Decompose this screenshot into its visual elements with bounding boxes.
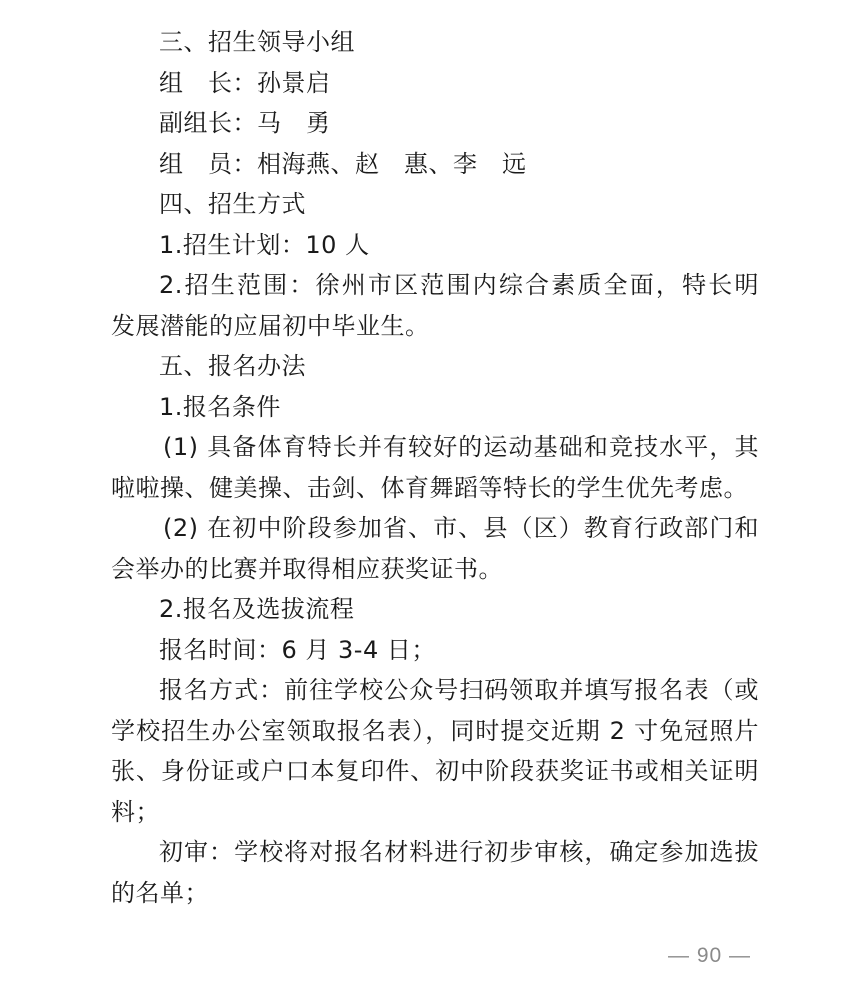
section-heading-enrollment-method: 四、招生方式 bbox=[111, 184, 759, 225]
page-number: — 90 — bbox=[668, 944, 751, 968]
document-page: 三、招生领导小组 组 长：孙景启 副组长：马 勇 组 员：相海燕、赵 惠、李 远… bbox=[111, 22, 759, 913]
registration-method-line-2: 学校招生办公室领取报名表），同时提交近期 2 寸免冠照片两 bbox=[111, 711, 759, 752]
group-members-line: 组 员：相海燕、赵 惠、李 远 bbox=[111, 144, 759, 185]
registration-conditions-heading: 1.报名条件 bbox=[111, 387, 759, 428]
enrollment-scope-line-1: 2.招生范围：徐州市区范围内综合素质全面，特长明显，具备 bbox=[111, 265, 759, 306]
group-leader-line: 组 长：孙景启 bbox=[111, 63, 759, 104]
condition-2-line-2: 会举办的比赛并取得相应获奖证书。 bbox=[111, 549, 759, 590]
enrollment-plan-line: 1.招生计划：10 人 bbox=[111, 225, 759, 266]
condition-1-line-2: 啦啦操、健美操、击剑、体育舞蹈等特长的学生优先考虑。 bbox=[111, 468, 759, 509]
preliminary-review-line-2: 的名单； bbox=[111, 873, 759, 914]
enrollment-scope-line-2: 发展潜能的应届初中毕业生。 bbox=[111, 306, 759, 347]
section-heading-registration: 五、报名办法 bbox=[111, 346, 759, 387]
registration-method-line-4: 料； bbox=[111, 792, 759, 833]
deputy-leader-line: 副组长：马 勇 bbox=[111, 103, 759, 144]
selection-process-heading: 2.报名及选拔流程 bbox=[111, 589, 759, 630]
section-heading-leadership-group: 三、招生领导小组 bbox=[111, 22, 759, 63]
registration-method-line-1: 报名方式：前往学校公众号扫码领取并填写报名表（或者到 bbox=[111, 670, 759, 711]
registration-time-line: 报名时间：6 月 3-4 日； bbox=[111, 630, 759, 671]
registration-method-line-3: 张、身份证或户口本复印件、初中阶段获奖证书或相关证明材 bbox=[111, 751, 759, 792]
condition-1-line-1: (1) 具备体育特长并有较好的运动基础和竞技水平，其中有 bbox=[111, 427, 759, 468]
condition-2-line-1: (2) 在初中阶段参加省、市、县（区）教育行政部门和相关协 bbox=[111, 508, 759, 549]
preliminary-review-line-1: 初审：学校将对报名材料进行初步审核，确定参加选拔测试 bbox=[111, 832, 759, 873]
